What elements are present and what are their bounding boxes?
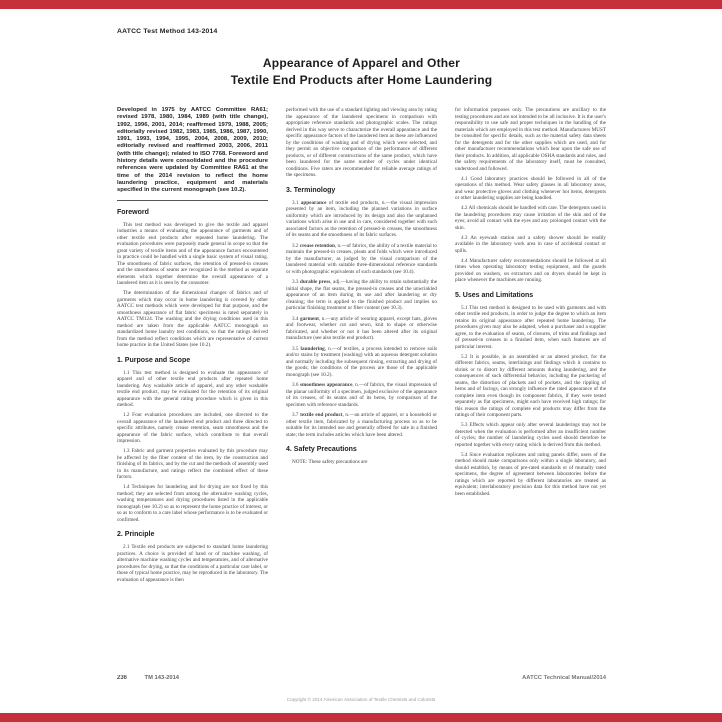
paragraph: The determination of the dimensional cha…	[117, 290, 268, 349]
paragraph: 5.4 Since evaluation replicates and rati…	[455, 452, 606, 498]
foreword-heading: Foreword	[117, 209, 268, 216]
definition-number: 3.3	[292, 279, 298, 285]
definition-number: 3.2	[292, 243, 298, 249]
definition-item: 3.2 crease retention, n.—of fabrics, the…	[286, 243, 437, 276]
title-line-1: Appearance of Apparel and Other	[117, 55, 606, 72]
paragraph: This test method was developed to give t…	[117, 222, 268, 287]
definition-term: laundering	[301, 346, 325, 352]
definition-term: appearance	[301, 200, 327, 206]
document-page: AATCC Test Method 143-2014 Appearance of…	[117, 28, 606, 664]
page-number: 236	[117, 675, 127, 681]
definition-term: garment	[300, 316, 319, 322]
definition-item: 3.3 durable press, adj.—having the abili…	[286, 279, 437, 312]
bottom-red-bar	[0, 713, 722, 722]
divider-rule	[117, 200, 268, 201]
paragraph-continuation: for information purposes only. The preca…	[455, 107, 606, 172]
definition-number: 3.5	[292, 346, 298, 352]
page-footer: 236 TM 143-2014 AATCC Technical Manual/2…	[117, 675, 606, 681]
copyright-line: Copyright © 2014 American Association of…	[0, 697, 722, 702]
safety-note-start: NOTE: These safety precautions are	[286, 459, 437, 466]
paragraph: 4.1 Good laboratory practices should be …	[455, 176, 606, 202]
paragraph: 1.2 Four evaluation procedures are inclu…	[117, 412, 268, 445]
history-paragraph: Developed in 1975 by AATCC Committee RA6…	[117, 107, 268, 195]
column-3: for information purposes only. The preca…	[455, 107, 606, 664]
definition-term: smoothness appearance	[300, 382, 352, 388]
document-preview: AATCC Test Method 143-2014 Appearance of…	[0, 0, 722, 722]
paragraph-continuation: performed with the use of a standard lig…	[286, 107, 437, 179]
definition-item: 3.5 laundering, n.—of textiles, a proces…	[286, 346, 437, 379]
definition-item: 3.1 appearance of textile end products, …	[286, 200, 437, 239]
paragraph: 2.1 Textile end products are subjected t…	[117, 544, 268, 583]
manual-edition-label: AATCC Technical Manual/2014	[522, 675, 606, 681]
definition-term: textile end product	[300, 412, 342, 418]
paragraph: 5.2 It is possible, in an assembled or a…	[455, 354, 606, 419]
test-method-label: TM 143-2014	[145, 675, 179, 681]
paragraph: 1.4 Techniques for laundering and for dr…	[117, 484, 268, 523]
definition-number: 3.7	[292, 412, 298, 418]
definition-item: 3.4 garment, n.—any article of wearing a…	[286, 316, 437, 342]
section-heading-purpose-scope: 1. Purpose and Scope	[117, 357, 268, 364]
definition-number: 3.6	[292, 382, 298, 388]
document-title: Appearance of Apparel and Other Textile …	[117, 55, 606, 89]
column-2: performed with the use of a standard lig…	[286, 107, 437, 664]
paragraph: 5.1 This test method is designed to be u…	[455, 305, 606, 351]
definition-item: 3.6 smoothness appearance, n.—of fabrics…	[286, 382, 437, 408]
paragraph: 4.2 All chemicals should be handled with…	[455, 205, 606, 231]
paragraph: 5.3 Effects which appear only after seve…	[455, 422, 606, 448]
paragraph: 1.1 This test method is designed to eval…	[117, 370, 268, 409]
text-columns: Developed in 1975 by AATCC Committee RA6…	[117, 107, 606, 664]
definition-item: 3.7 textile end product, n.—an article o…	[286, 412, 437, 438]
section-heading-terminology: 3. Terminology	[286, 187, 437, 194]
definition-number: 3.1	[292, 200, 298, 206]
section-heading-uses-limitations: 5. Uses and Limitations	[455, 292, 606, 299]
paragraph: 4.3 An eyewash station and a safety show…	[455, 235, 606, 255]
column-1: Developed in 1975 by AATCC Committee RA6…	[117, 107, 268, 664]
paragraph: 4.4 Manufacturer safety recommendations …	[455, 258, 606, 284]
definition-term: durable press	[300, 279, 330, 285]
definition-term: crease retention	[300, 243, 335, 249]
paragraph: 1.3 Fabric and garment properties evalua…	[117, 448, 268, 481]
definition-text: of textile end products, n.—the visual i…	[286, 200, 437, 239]
method-number: AATCC Test Method 143-2014	[117, 28, 606, 35]
top-red-bar	[0, 0, 722, 9]
definition-number: 3.4	[292, 316, 298, 322]
section-heading-safety: 4. Safety Precautions	[286, 446, 437, 453]
section-heading-principle: 2. Principle	[117, 531, 268, 538]
title-line-2: Textile End Products after Home Launderi…	[117, 72, 606, 89]
